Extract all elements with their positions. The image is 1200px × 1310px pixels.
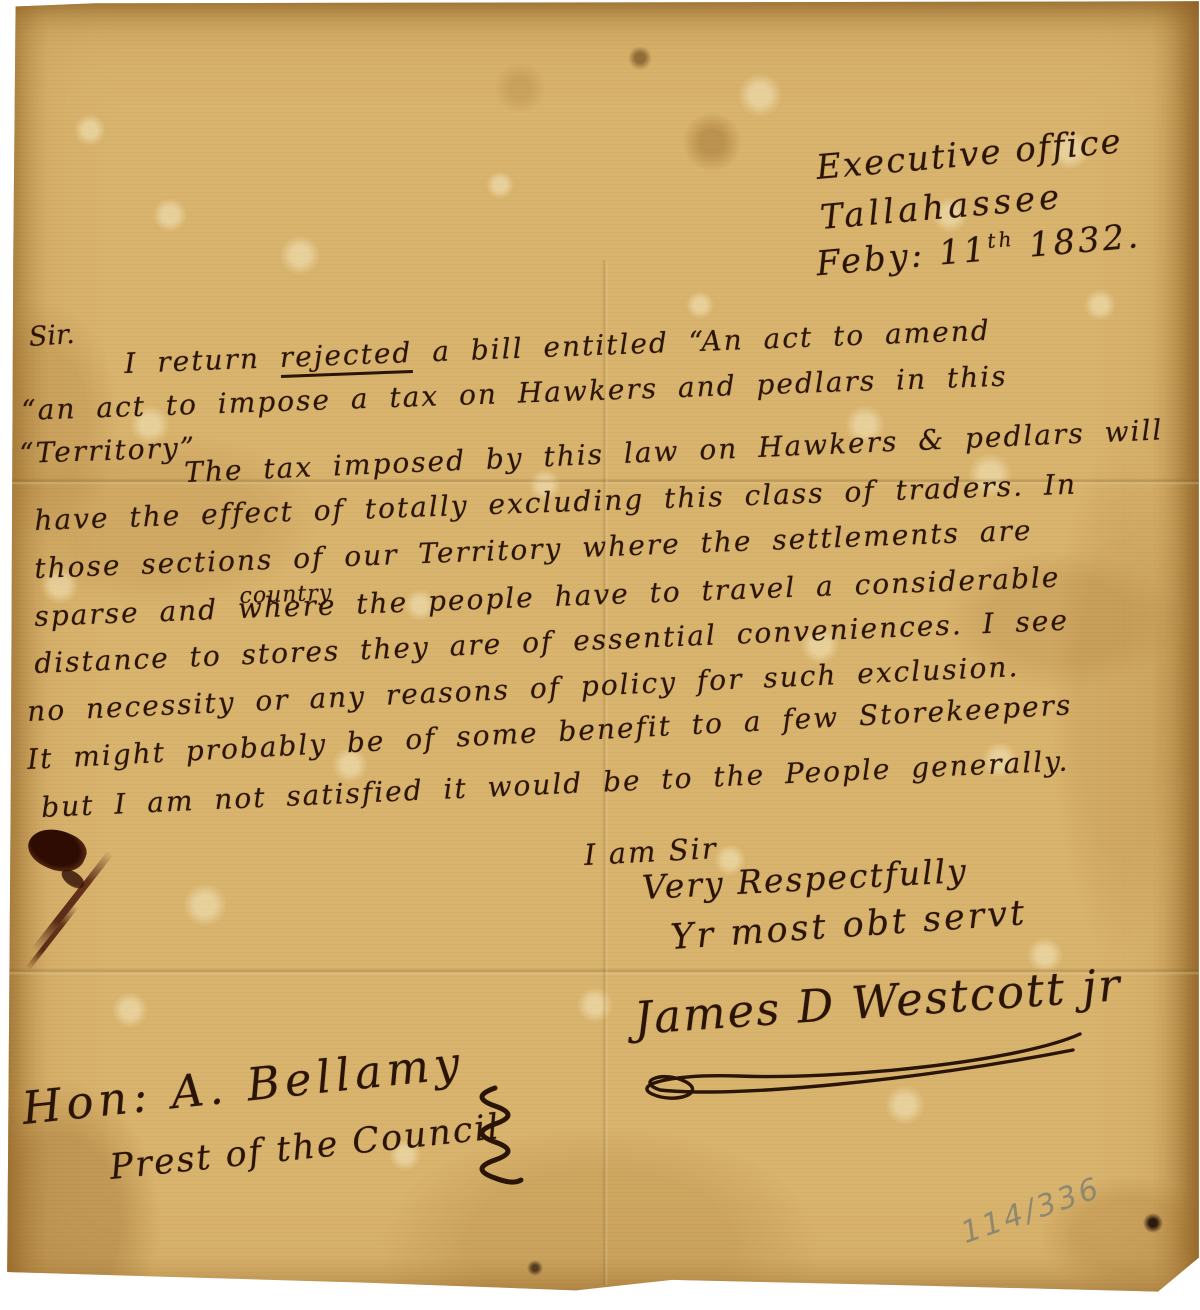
recipient-bracket-squiggle — [455, 1086, 525, 1196]
dateline-office: Executive office — [815, 121, 1125, 188]
opening-post: a bill entitled “An act to amend — [412, 314, 992, 369]
salutation: Sir. — [28, 319, 76, 353]
date-day: Feby: 11 — [815, 229, 990, 284]
date-ordinal: th — [986, 227, 1015, 253]
opening-emphasis-underlined: rejected — [279, 336, 413, 378]
archival-number-pencil: 114/336 — [957, 1170, 1106, 1251]
ink-blot — [22, 820, 91, 880]
paper-sheet: Executive office Tallahassee Feby: 11th … — [0, 0, 1200, 1310]
letter-scan: Executive office Tallahassee Feby: 11th … — [0, 0, 1200, 1310]
date-year: 1832. — [1013, 216, 1142, 267]
closing-obt-servt: Yr most obt servt — [669, 893, 1028, 958]
signature-flourish — [618, 1028, 1098, 1108]
opening-pre: I return — [124, 341, 281, 380]
body-line: “Territory” — [19, 431, 197, 470]
ink-smear-streak — [25, 904, 78, 970]
